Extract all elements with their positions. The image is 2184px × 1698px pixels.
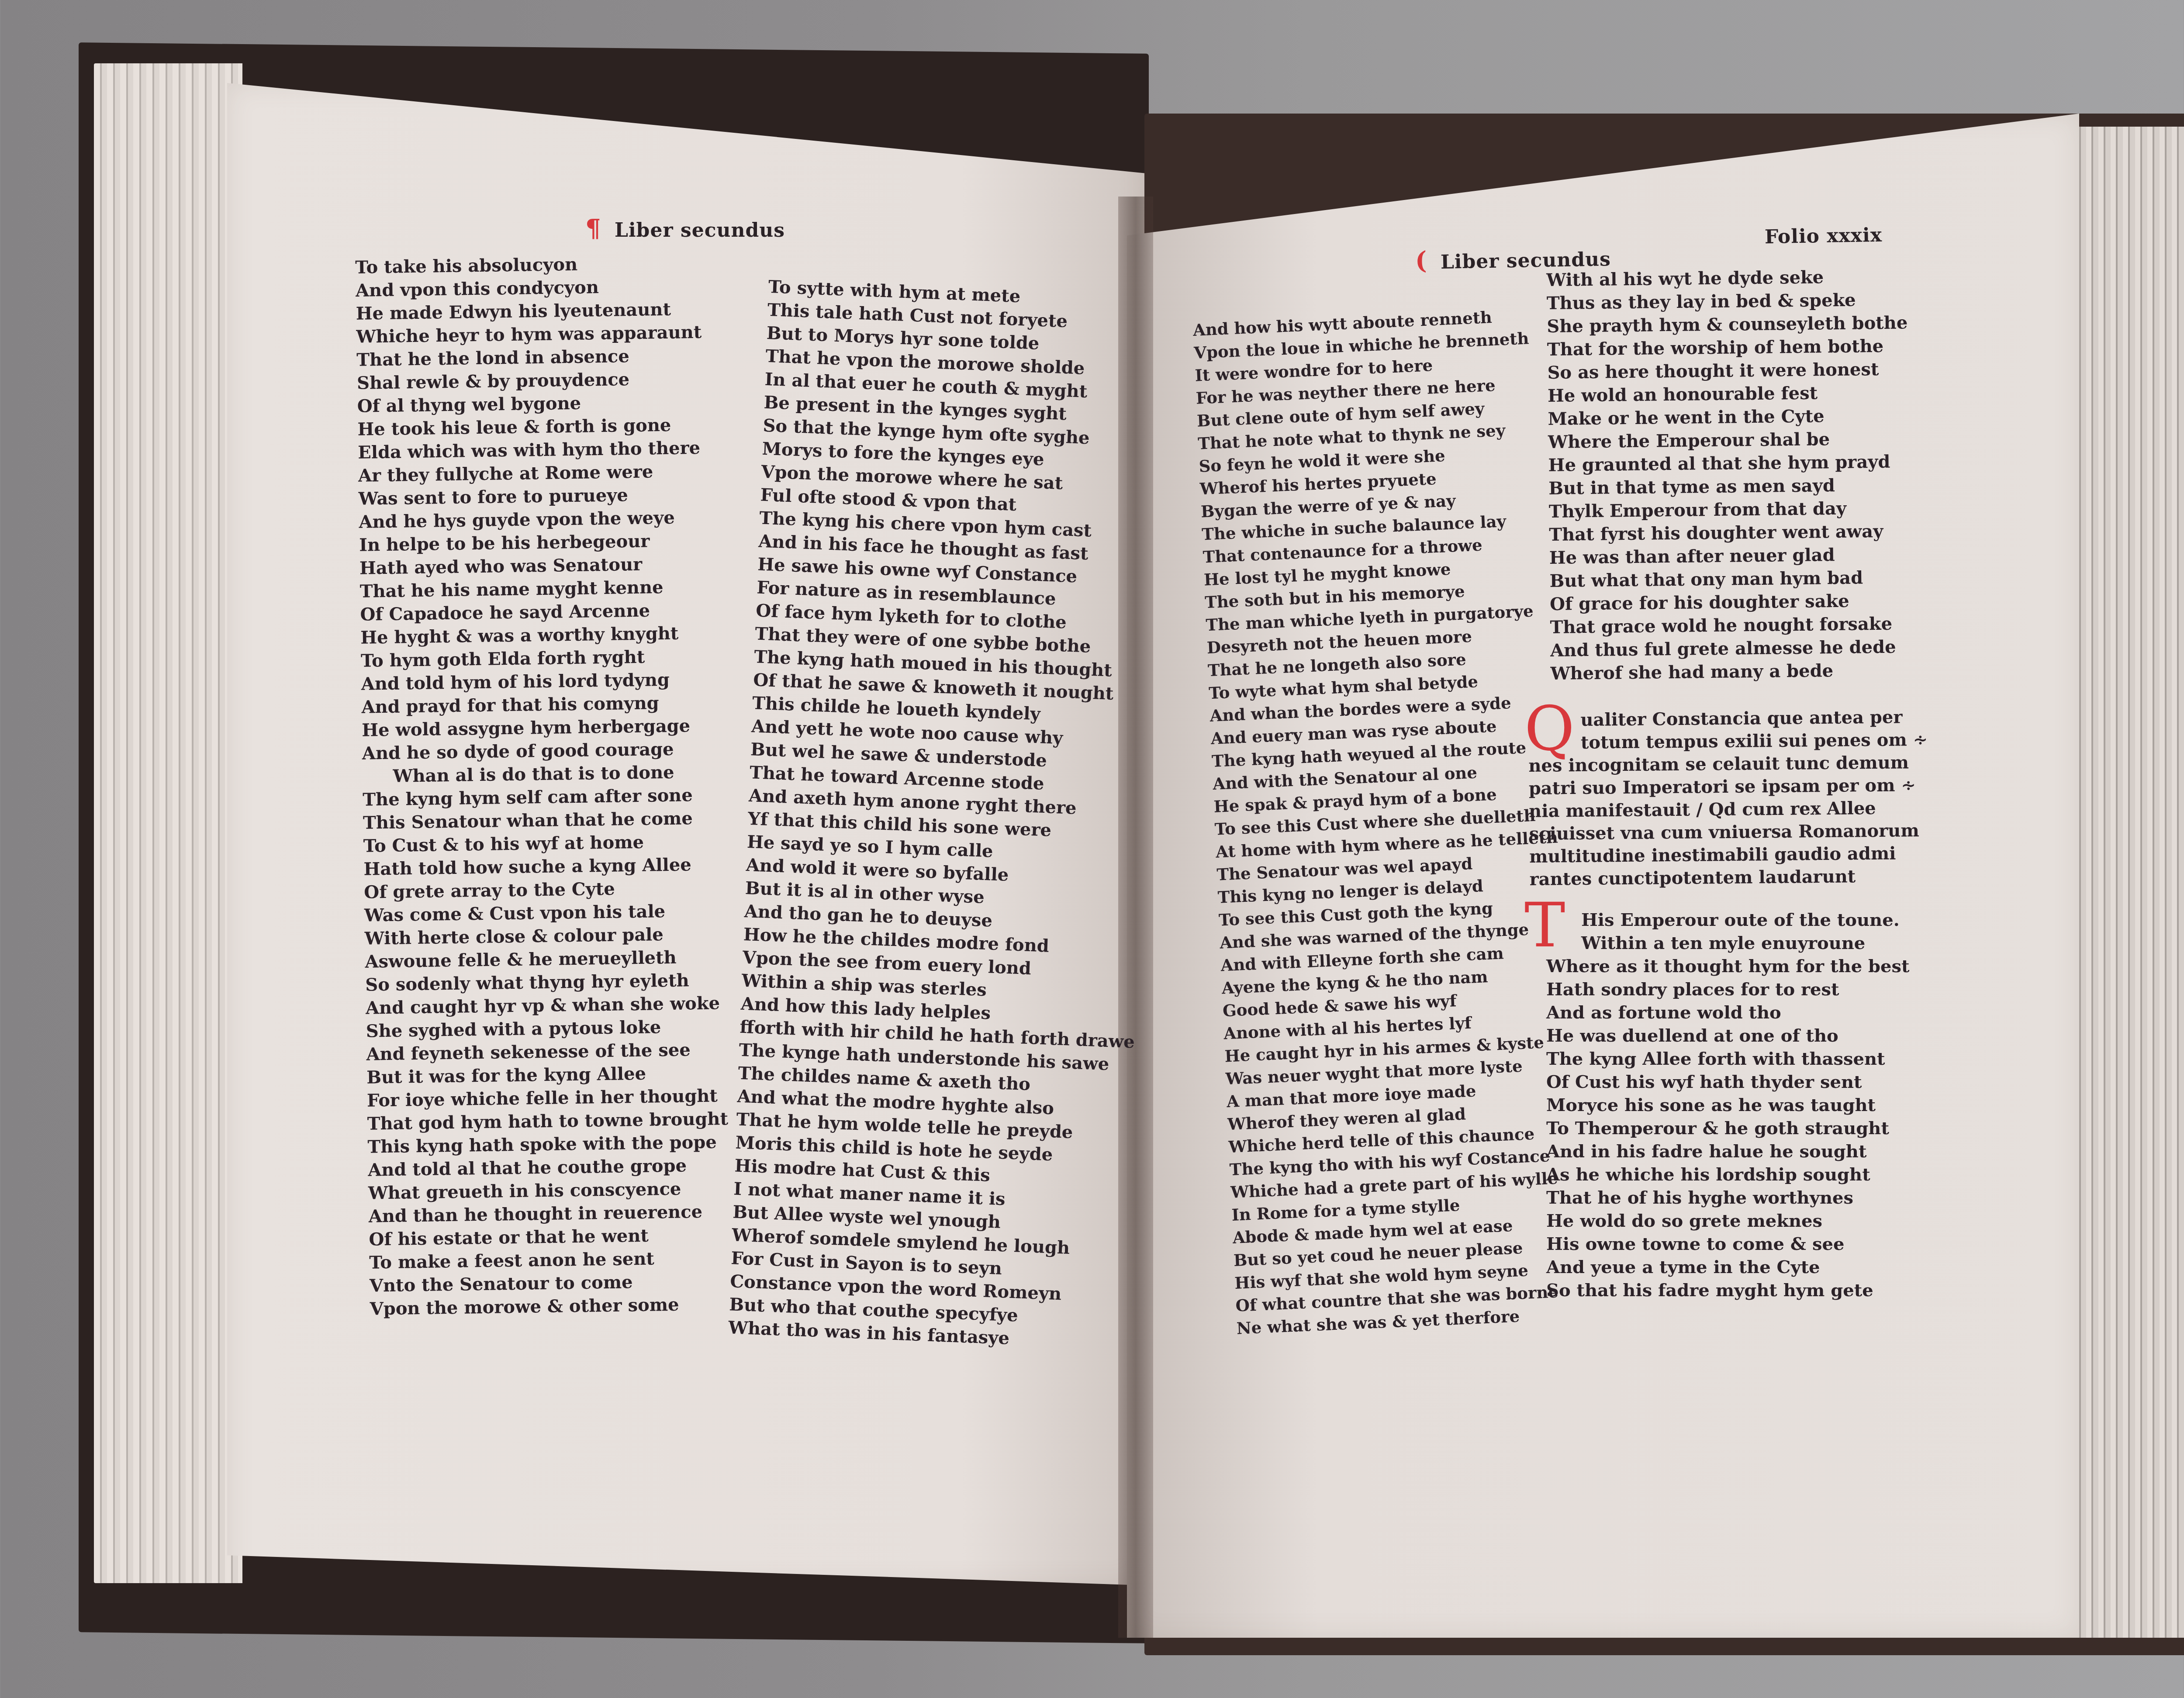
running-head-title: Liber secundus	[615, 219, 785, 242]
text-line: multitudine inestimabili gaudio admi	[1529, 842, 1922, 868]
text-line: Of Cust his wyf hath thyder sent	[1546, 1070, 1909, 1094]
text-line: rantes cunctipotentem laudarunt	[1529, 865, 1922, 891]
text-line: He graunted al that she hym prayd	[1548, 450, 1909, 477]
text-line: That fyrst his doughter went away	[1549, 519, 1910, 546]
text-line: He was than after neuer glad	[1549, 542, 1910, 569]
open-book: ¶ Liber secundus ( Liber secundus Folio …	[0, 0, 2184, 1698]
text-line: That for the worship of hem bothe	[1547, 334, 1908, 361]
text-line: That he of his hyghe worthynes	[1546, 1186, 1909, 1209]
text-line: Hath sondry places for to rest	[1546, 978, 1909, 1001]
text-line: To Themperour & he goth straught	[1546, 1117, 1909, 1140]
text-line: As he whiche his lordship sought	[1546, 1163, 1909, 1186]
left-page-edges	[94, 63, 242, 1583]
text-line: So as here thought it were honest	[1547, 357, 1908, 384]
text-line: That grace wold he nought forsake	[1550, 612, 1911, 639]
text-line: He wold an honourable fest	[1548, 380, 1908, 407]
text-line: patri suo Imperatori se ipsam per om ∻	[1529, 774, 1922, 800]
right-page-paragraph-2: His Emperour oute of the toune.Within a …	[1546, 908, 1909, 1302]
left-running-head: ¶ Liber secundus	[585, 214, 785, 243]
text-line: Where as it thought hym for the best	[1546, 955, 1909, 978]
text-line: totum tempus exilii sui penes om ∻	[1528, 728, 1921, 755]
text-line: He was duellend at one of tho	[1546, 1024, 1909, 1047]
right-page-column-1: And how his wytt aboute rennethVpon the …	[1192, 304, 1579, 1340]
latin-paragraph: ualiter Constancia que antea pertotum te…	[1528, 706, 1923, 891]
text-line: ualiter Constancia que antea per	[1528, 706, 1921, 732]
text-line: His owne towne to come & see	[1546, 1232, 1909, 1256]
paragraph-mark-icon: (	[1415, 246, 1427, 275]
text-line: Thus as they lay in bed & speke	[1547, 288, 1908, 315]
right-page-column-2: With al his wyt he dyde sekeThus as they…	[1546, 265, 1911, 685]
text-line: Make or he went in the Cyte	[1548, 404, 1908, 431]
text-line: And yeue a tyme in the Cyte	[1546, 1256, 1909, 1279]
text-line: Of grace for his doughter sake	[1550, 589, 1911, 616]
text-line: With al his wyt he dyde seke	[1546, 265, 1907, 292]
text-line: But in that tyme as men sayd	[1548, 473, 1909, 500]
right-page-edges	[2062, 127, 2184, 1638]
text-line: He wold do so grete meknes	[1546, 1209, 1909, 1232]
folio-number: Folio xxxix	[1765, 224, 1883, 248]
text-line: Where the Emperour shal be	[1548, 427, 1909, 454]
left-page-column-1: To take his absolucyonAnd vpon this cond…	[355, 251, 731, 1320]
text-line: Within a ten myle enuyroune	[1546, 932, 1909, 955]
text-line: And thus ful grete almesse he dede	[1550, 635, 1911, 662]
text-line: Wherof she had many a bede	[1550, 658, 1911, 685]
text-line: But what that ony man hym bad	[1549, 566, 1910, 593]
text-line: Moryce his sone as he was taught	[1546, 1094, 1909, 1117]
left-page-column-2: To sytte with hym at meteThis tale hath …	[728, 275, 1163, 1354]
text-line: So that his fadre myght hym gete	[1546, 1279, 1909, 1302]
text-line: nia manifestauit / Qd cum rex Allee	[1529, 797, 1922, 823]
text-line: She prayth hym & counseyleth bothe	[1547, 311, 1908, 338]
text-line: And in his fadre halue he sought	[1546, 1140, 1909, 1163]
text-line: His Emperour oute of the toune.	[1546, 908, 1909, 932]
paragraph-mark-icon: ¶	[585, 214, 601, 243]
text-line: The kyng Allee forth with thassent	[1546, 1047, 1909, 1070]
text-line: And as fortune wold tho	[1546, 1001, 1909, 1024]
text-line: Thylk Emperour from that day	[1549, 496, 1910, 523]
text-line: nes incognitam se celauit tunc demum	[1528, 751, 1921, 777]
text-line: sciuisset vna cum vniuersa Romanorum	[1529, 819, 1922, 846]
